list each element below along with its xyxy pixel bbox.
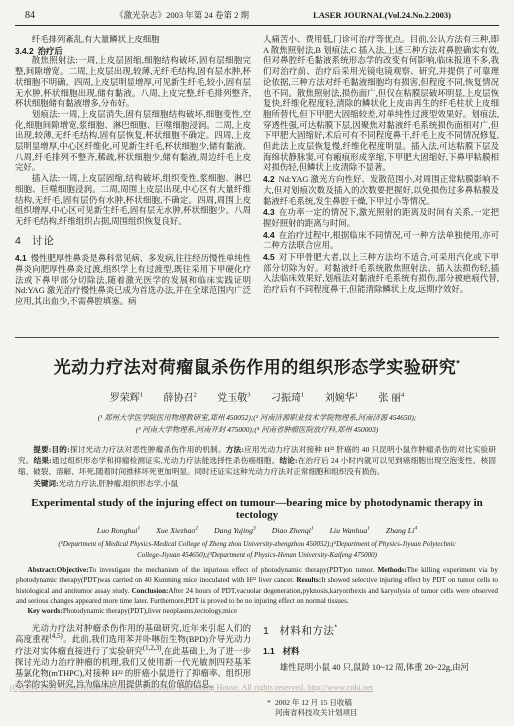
- author-affil-mark: 1: [301, 392, 304, 399]
- paragraph-4-2: 4.2Nd:YAG 激光方向性好、发散范围小,对周围正常粘膜影响不大,但对划痕次…: [263, 174, 499, 207]
- author-name: 薛协召: [164, 393, 194, 404]
- author-affil-mark: 3: [253, 525, 256, 531]
- title-footnote-mark: *: [456, 358, 460, 368]
- author-affil-mark: 2: [195, 525, 198, 531]
- results-text: 通过组织形态学和抑瘤检测证实,光动力疗法能选择性杀伤癌细胞。: [52, 456, 280, 465]
- objective-label: 目的:: [51, 445, 69, 454]
- keywords-label: Key words:: [28, 607, 63, 615]
- prev-article-right-column: 人痛苦小、费用低,门诊可治疗等优点。目前,公认方法有三种,即 A 散焦照射法,B…: [263, 35, 499, 337]
- subsection-heading-342: 3.4.2治疗后: [15, 46, 251, 57]
- intro-paragraph: 光动力疗法对肿瘤杀伤作用的基础研究,近年来引起人们的高度重视(4,5)。此前,我…: [15, 623, 251, 690]
- subsection-heading-materials: 1.1材料: [263, 646, 499, 657]
- keywords-cn: 关键词:光动力疗法,肝肿瘤,组织形态学,小鼠: [18, 478, 496, 489]
- item-text: 在功率一定的情况下,激光照射的距离及时间有关系,一定把握好照射的距离与时间。: [263, 208, 499, 228]
- paragraph-insert-method: 插入法:一周,上皮层固缩,结构破坏,组织变性,浆细胞、淋巴细胞、巨噬细胞浸润。二…: [15, 174, 251, 228]
- paragraph-4-1: 4.1慢性肥厚性鼻炎是鼻科常见病、多发病,往往经历慢性单纯性鼻炎向肥厚性鼻炎过渡…: [15, 253, 251, 308]
- subsection-title: 材料: [283, 646, 300, 656]
- author-en: Zhang Li4: [386, 526, 417, 535]
- page-number: 84: [25, 10, 89, 21]
- body-left-column: 光动力疗法对肿瘤杀伤作用的基础研究,近年来引起人们的高度重视(4,5)。此前,我…: [15, 623, 251, 719]
- conclusion-label: Conclusion:: [132, 587, 169, 595]
- affiliation-line: College-Jiyuan 454650);(³Department of P…: [15, 550, 499, 561]
- footnote-line: *2002 年 12 月 15 日收稿: [263, 698, 499, 709]
- paragraph-defocus-method: 散焦照射法:一周,上皮层固缩,细胞结构破坏,固有层细胞完整,间隙增宽。二周,上皮…: [15, 56, 251, 110]
- footnote: *2002 年 12 月 15 日收稿 河南省科技攻关计划项目: [263, 698, 499, 719]
- author-name: 党玉敬: [217, 393, 247, 404]
- section-title: 材料和方法: [279, 625, 334, 637]
- abstract-en: Abstract:Objective:To investigate the me…: [16, 565, 498, 606]
- affiliation-line: (³ 河南大学物理系,河南开封 475000);(⁴ 河南省肿瘤医院放疗科,郑州…: [15, 424, 499, 436]
- footnote-funding: 河南省科技攻关计划项目: [263, 708, 499, 719]
- results-label: 结果:: [34, 456, 52, 465]
- paragraph-continuation: 纤毛排列紊乱,有大量鳞状上皮细胞: [15, 35, 251, 46]
- item-text: Nd:YAG 激光方向性好、发散范围小,对周围正常粘膜影响不大,但对划痕次数及插…: [263, 175, 499, 205]
- item-text: 对下甲骨肥大者,以上三种方法均不适合,可采用汽化或下甲部分切除为好。对黏液纤毛系…: [263, 253, 499, 294]
- author-affil-mark: 1: [140, 392, 143, 399]
- section-heading-discussion: 4讨论: [15, 236, 251, 247]
- article-body-columns: 光动力疗法对肿瘤杀伤作用的基础研究,近年来引起人们的高度重视(4,5)。此前,我…: [15, 623, 499, 719]
- keywords-text: 光动力疗法,肝肿瘤,组织形态学,小鼠: [59, 479, 179, 488]
- section-number: 4: [15, 235, 22, 247]
- author-name: Liu Wanhua: [330, 526, 368, 535]
- abstract-objective-label: Abstract:Objective:: [28, 566, 89, 574]
- author-en: Dang Yujing3: [214, 526, 256, 535]
- paragraph-scratch-method: 划痕法:一周,上皮层消失,固有层细胞结构破坏,细胞变性,空化,细胞间隙增宽,浆细…: [15, 110, 251, 174]
- affiliations-en: (¹Department of Medical Physics-Medical …: [15, 539, 499, 560]
- author-en: Diao Zhenqi1: [272, 526, 314, 535]
- article-divider: [15, 337, 499, 338]
- abstract-label: 提要:: [33, 445, 51, 454]
- subsection-number: 1.1: [263, 646, 275, 656]
- paragraph-4-4: 4.4在治疗过程中,根据临床不同情况,可一种方法单独使用,亦可二种方法联合应用。: [263, 230, 499, 252]
- author-affil-mark: 3: [247, 392, 250, 399]
- author-name: 刁振琦: [271, 393, 301, 404]
- author: 刁振琦1: [271, 393, 304, 404]
- results-label: Results:: [296, 576, 321, 584]
- article-title-en: Experimental study of the injuring effec…: [15, 497, 499, 521]
- page-header: 84 《激光杂志》2003 年第 24 卷第 2 期 LASER JOURNAL…: [15, 6, 499, 21]
- author-name: 张 丽: [379, 393, 402, 404]
- author-affil-mark: 2: [194, 392, 197, 399]
- body-right-column: 1材料和方法* 1.1材料 雄性昆明小鼠 40 只,鼠龄 10~12 周,体重 …: [263, 623, 499, 719]
- methods-label: Methods:: [377, 566, 406, 574]
- article-title-text: 光动力疗法对荷瘤鼠杀伤作用的组织形态学实验研究: [54, 358, 457, 377]
- conclusion-label: 结论:: [279, 456, 297, 465]
- author-affil-mark: 1: [311, 525, 314, 531]
- section-title: 讨论: [32, 235, 55, 247]
- document-page: (C)1994-2021 China Academic Journal Elec…: [0, 0, 514, 726]
- author: 薛协召2: [164, 393, 197, 404]
- citation-mark: (4,5): [49, 633, 62, 641]
- citation-mark: (1,2,3): [143, 644, 162, 652]
- page-content: 84 《激光杂志》2003 年第 24 卷第 2 期 LASER JOURNAL…: [0, 0, 514, 719]
- affiliations-cn: (¹ 郑州大学医学院医用物理教研室,郑州 450052);(² 河南济源职业技术…: [15, 412, 499, 436]
- materials-text: 雄性昆明小鼠 40 只,鼠龄 10~12 周,体重 20~22g,由河: [263, 662, 499, 673]
- item-number: 4.5: [263, 252, 275, 262]
- author-name: Zhang Li: [386, 526, 414, 535]
- keywords-label: 关键词:: [33, 479, 58, 488]
- item-text: 在治疗过程中,根据临床不同情况,可一种方法单独使用,亦可二种方法联合应用。: [263, 231, 499, 251]
- article-title: 光动力疗法对荷瘤鼠杀伤作用的组织形态学实验研究*: [15, 353, 499, 378]
- author: 张 丽4: [379, 393, 405, 404]
- item-number: 4.2: [263, 174, 275, 184]
- item-text: 慢性肥厚性鼻炎是鼻科常见病、多发病,往往经历慢性单纯性鼻炎向肥厚性鼻炎过渡,组织…: [15, 254, 251, 306]
- journal-title-cn: 《激光杂志》2003 年第 24 卷第 2 期: [89, 9, 275, 21]
- prev-article-columns: 纤毛排列紊乱,有大量鳞状上皮细胞 3.4.2治疗后 散焦照射法:一周,上皮层固缩…: [15, 35, 499, 337]
- author-affil-mark: 1: [137, 525, 140, 531]
- author-en: Xue Xiezhao2: [156, 526, 198, 535]
- methods-label: 方法:: [226, 445, 244, 454]
- subsection-title: 治疗后: [38, 46, 63, 56]
- paragraph-continuation: 人痛苦小、费用低,门诊可治疗等优点。目前,公认方法有三种,即 A 散焦照射法,B…: [263, 35, 499, 174]
- footnote-received-date: 2002 年 12 月 15 日收稿: [275, 698, 352, 709]
- subsection-number: 3.4.2: [15, 46, 34, 56]
- author-name: Luo Ronghui: [97, 526, 138, 535]
- author-list: 罗荣辉1 薛协召2 党玉敬3 刁振琦1 刘婉华1 张 丽4: [15, 389, 499, 404]
- author-name: 刘婉华: [325, 393, 355, 404]
- author-affil-mark: 4: [401, 392, 404, 399]
- journal-title-en: LASER JOURNAL(Vol.24.No.2.2003): [275, 10, 489, 20]
- author-affil-mark: 1: [355, 392, 358, 399]
- author-name: 罗荣辉: [110, 393, 140, 404]
- affiliation-line: (¹ 郑州大学医学院医用物理教研室,郑州 450052);(² 河南济源职业技术…: [15, 412, 499, 424]
- paragraph-4-3: 4.3在功率一定的情况下,激光照射的距离及时间有关系,一定把握好照射的距离与时间…: [263, 207, 499, 229]
- keywords-text: Photodynamic therapy(PDT),liver neoplasm…: [63, 607, 237, 615]
- author: 党玉敬3: [217, 393, 250, 404]
- prev-article-left-column: 纤毛排列紊乱,有大量鳞状上皮细胞 3.4.2治疗后 散焦照射法:一周,上皮层固缩…: [15, 35, 251, 337]
- header-divider: [15, 25, 499, 26]
- author-affil-mark: 1: [367, 525, 370, 531]
- author-affil-mark: 4: [414, 525, 417, 531]
- section-footnote-mark: *: [334, 625, 337, 632]
- objective-text: To investigate the mechanism of the inju…: [89, 566, 375, 574]
- item-number: 4.3: [263, 207, 275, 217]
- author-name: Dang Yujing: [214, 526, 253, 535]
- affiliation-line: (¹Department of Medical Physics-Medical …: [15, 539, 499, 550]
- author-list-en: Luo Ronghui1 Xue Xiezhao2 Dang Yujing3 D…: [15, 526, 499, 535]
- section-number: 1: [263, 625, 269, 637]
- author-name: Xue Xiezhao: [156, 526, 195, 535]
- item-number: 4.1: [15, 253, 27, 263]
- section-heading-materials: 1材料和方法*: [263, 626, 499, 637]
- author: 刘婉华1: [325, 393, 358, 404]
- author: 罗荣辉1: [110, 393, 143, 404]
- author-en: Liu Wanhua1: [330, 526, 370, 535]
- author-name: Diao Zhenqi: [272, 526, 311, 535]
- author-en: Luo Ronghui1: [97, 526, 140, 535]
- item-number: 4.4: [263, 230, 275, 240]
- footnote-marker: *: [263, 698, 275, 709]
- abstract-cn: 提要:目的:探讨光动力疗法对恶性肿瘤杀伤作用的机制。方法:应用光动力疗法对接种 …: [18, 444, 496, 477]
- paragraph-4-5: 4.5对下甲骨肥大者,以上三种方法均不适合,可采用汽化或下甲部分切除为好。对黏液…: [263, 252, 499, 296]
- keywords-en: Key words:Photodynamic therapy(PDT),live…: [16, 607, 498, 615]
- objective-text: 探讨光动力疗法对恶性肿瘤杀伤作用的机制。: [70, 445, 226, 454]
